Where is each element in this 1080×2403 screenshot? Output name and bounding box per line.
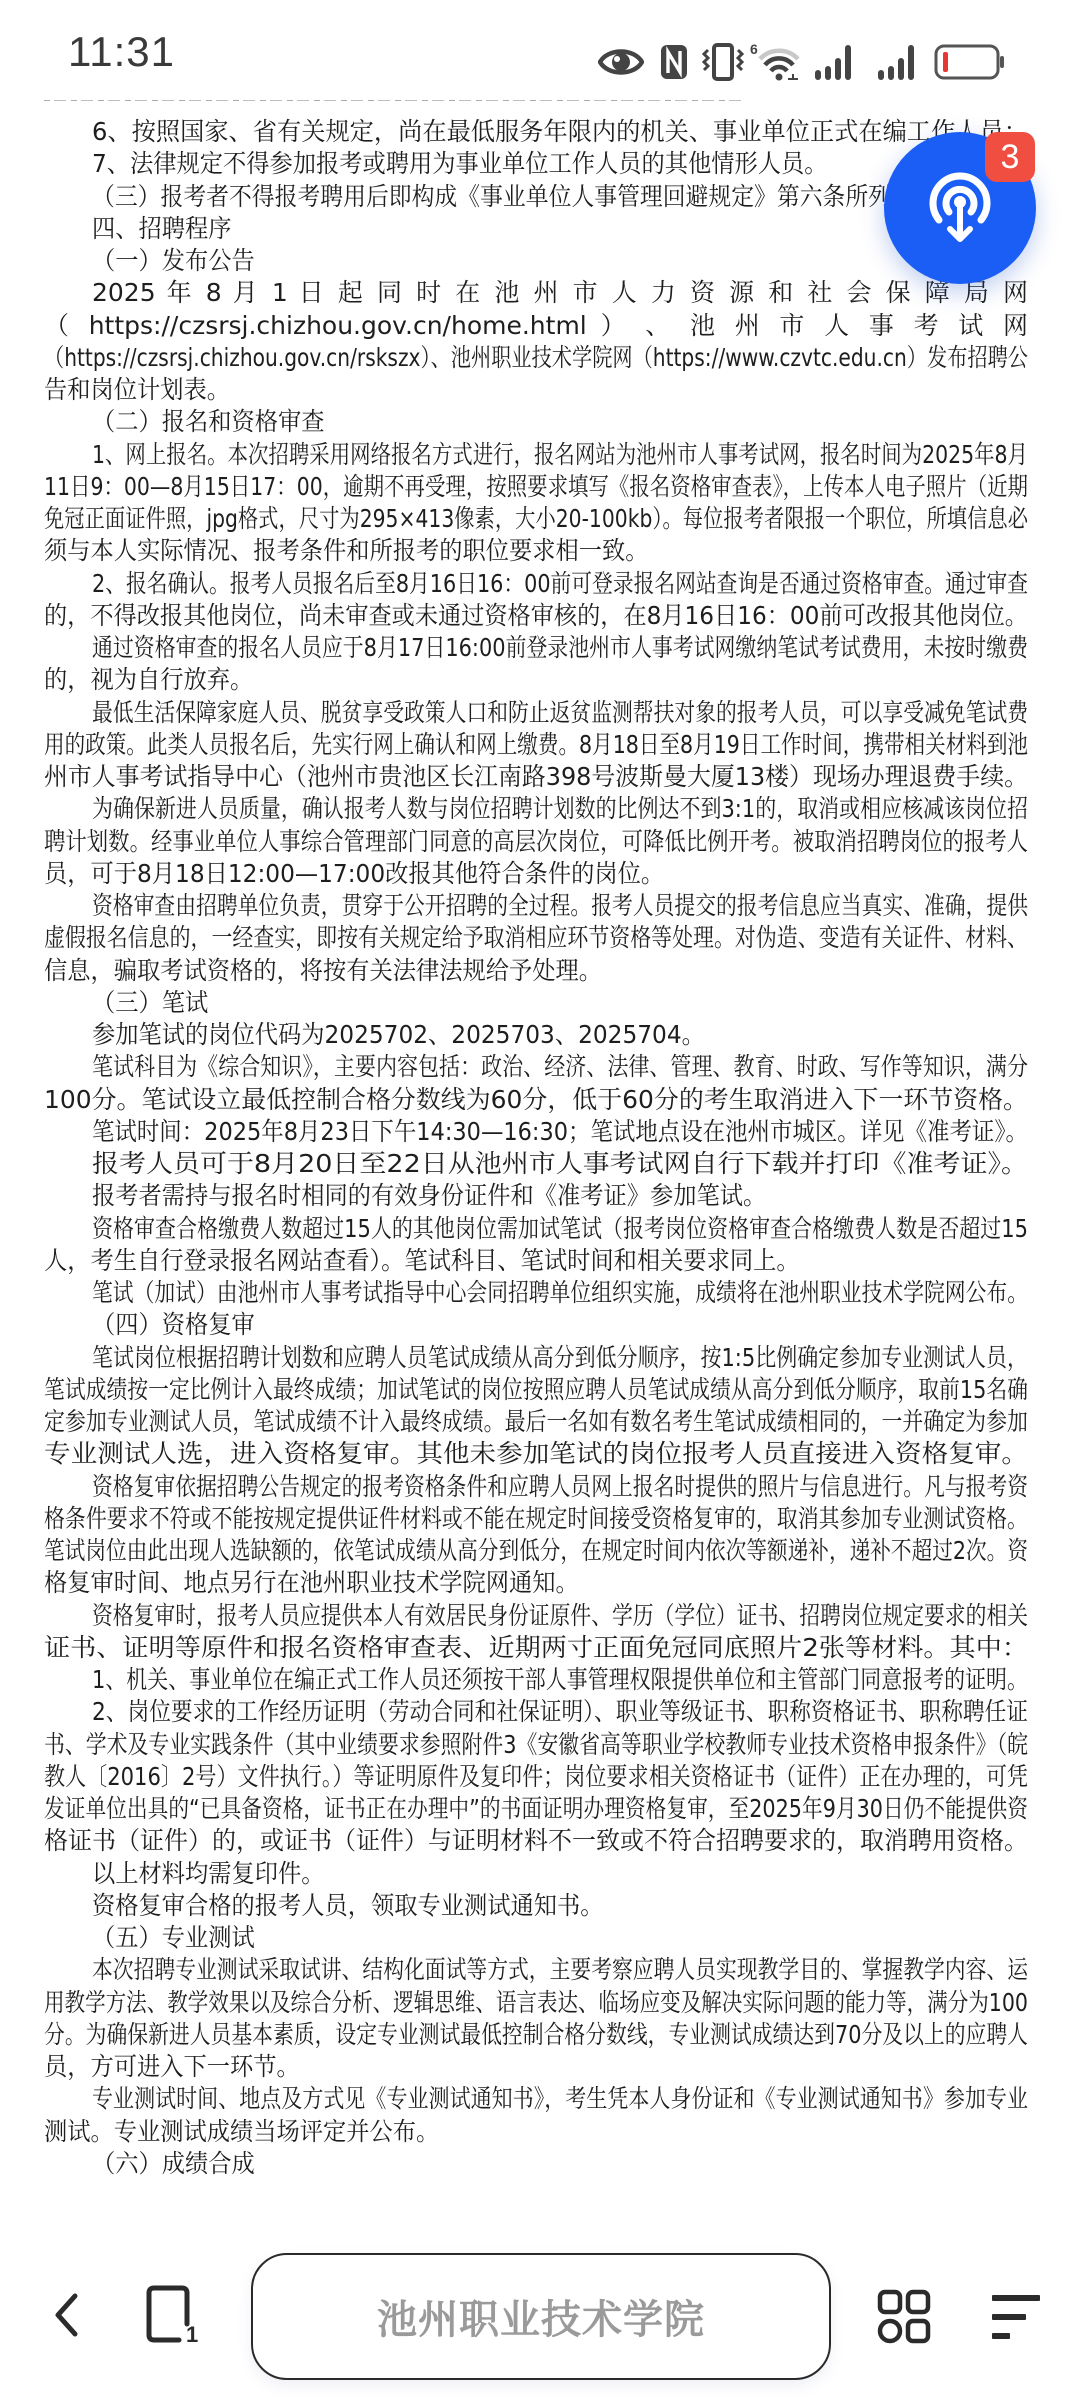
document-line: 参加笔试的岗位代码为2025702、2025703、2025704。 (92, 1019, 1028, 1051)
document-line: 7、法律规定不得参加报考或聘用为事业单位工作人员的其他情形人员。 (92, 148, 1028, 180)
document-line: 测试。专业测试成绩当场评定并公布。 (44, 2116, 1028, 2148)
document-line: 1、机关、事业单位在编正式工作人员还须按干部人事管理权限提供单位和主管部门同意报… (92, 1664, 1028, 1696)
document-line: 员，方可进入下一环节。 (44, 2051, 1028, 2083)
document-line: 格条件要求不符或不能按规定提供证件材料或不能在规定时间接受资格复审的，取消其参加… (44, 1503, 1028, 1535)
document-line: （ https://czsrsj.chizhou.gov.cn/home.htm… (44, 310, 1028, 342)
document-line: 笔试（加试）由池州市人事考试指导中心会同招聘单位组织实施，成绩将在池州职业技术学… (92, 1277, 1028, 1309)
document-line: 笔试岗位根据招聘计划数和应聘人员笔试成绩从高分到低分顺序，按1:5比例确定参加专… (92, 1342, 1028, 1374)
eye-comfort-icon (598, 40, 644, 84)
wifi-6-icon: 6 (750, 40, 802, 84)
document-line: 笔试岗位由此出现人选缺额的，依笔试成绩从高分到低分，在规定时间内依次等额递补，递… (44, 1535, 1028, 1567)
document-line: 资格复审依据招聘公告规定的报考资格条件和应聘人员网上报名时提供的照片与信息进行。… (92, 1471, 1028, 1503)
document-line: 资格审查合格缴费人数超过15人的其他岗位需加试笔试（报考岗位资格审查合格缴费人数… (92, 1213, 1028, 1245)
document-line: （三）笔试 (92, 987, 1028, 1019)
svg-text:6: 6 (750, 41, 758, 57)
document-line: 用的政策。此类人员报名后，先实行网上确认和网上缴费。8月18日至8月19日工作时… (44, 729, 1028, 761)
document-line: 虚假报名信息的，一经查实，即按有关规定给予取消相应环节资格等处理。对伪造、变造有… (44, 922, 1028, 954)
document-line: 资格复审时，报考人员应提供本人有效居民身份证原件、学历（学位）证书、招聘岗位规定… (92, 1600, 1028, 1632)
signal-icon (876, 40, 922, 84)
apps-button[interactable] (874, 2288, 934, 2346)
document-line: 2、报名确认。报考人员报名后至8月16日16：00前可登录报名网站查询是否通过资… (92, 568, 1028, 600)
document-line: 专业测试时间、地点及方式见《专业测试通知书》，考生凭本人身份证和《专业测试通知书… (92, 2083, 1028, 2115)
document-line: 发证单位出具的“已具备资格，证书正在办理中”的书面证明办理资格复审，至2025年… (44, 1793, 1028, 1825)
document-line: （二）报名和资格审查 (92, 406, 1028, 438)
document-line: 报考人员可于8月20日至22日从池州市人事考试网自行下载并打印《准考证》。 (92, 1148, 1028, 1180)
signal-icon (813, 40, 859, 84)
document-line: 专业测试人选，进入资格复审。其他未参加笔试的岗位报考人员直接进入资格复审。 (44, 1438, 1028, 1470)
broadcast-download-icon (923, 168, 997, 248)
document-line: （五）专业测试 (92, 1922, 1028, 1954)
document-line: （四）资格复审 (92, 1309, 1028, 1341)
document-line: 报考者需持与报名时相同的有效身份证件和《准考证》参加笔试。 (92, 1180, 1028, 1212)
document-line: 格证书（证件）的，或证书（证件）与证明材料不一致或不符合招聘要求的，取消聘用资格… (44, 1825, 1028, 1857)
document-line: （https://czsrsj.chizhou.gov.cn/rskszx）、池… (44, 342, 1028, 374)
document-line: 本次招聘专业测试采取试讲、结构化面试等方式，主要考察应聘人员实现教学目的、掌握教… (92, 1954, 1028, 1986)
tabs-button[interactable]: 1 (144, 2284, 208, 2346)
status-time: 11:31 (68, 28, 175, 76)
vibrate-icon (700, 40, 746, 84)
document-line: 的，视为自行放弃。 (44, 664, 1028, 696)
document-line: 以上材料均需复印件。 (92, 1858, 1028, 1890)
document-line: 100分。笔试设立最低控制合格分数线为60分，低于60分的考生取消进入下一环节资… (44, 1084, 1028, 1116)
document-line: 员，可于8月18日12:00—17:00改报其他符合条件的岗位。 (44, 858, 1028, 890)
document-line: 笔试科目为《综合知识》，主要内容包括：政治、经济、法律、管理、教育、时政、写作等… (92, 1051, 1028, 1083)
document-line: （六）成绩合成 (92, 2148, 1028, 2180)
menu-button[interactable] (984, 2290, 1044, 2344)
document-line: 用教学方法、教学效果以及综合分析、逻辑思维、语言表达、临场应变及解决实际问题的能… (44, 1987, 1028, 2019)
battery-low-icon (934, 40, 1006, 84)
document-line: 州市人事考试指导中心（池州市贵池区长江南路398号波斯曼大厦13楼）现场办理退费… (44, 761, 1028, 793)
document-line: 教人〔2016〕2号）文件执行。）等证明原件及复印件；岗位要求相关资格证书（证件… (44, 1761, 1028, 1793)
notification-badge: 3 (985, 132, 1035, 182)
tabs-count: 1 (186, 2322, 198, 2345)
document-line: 聘计划数。经事业单位人事综合管理部门同意的高层次岗位，可降低比例开考。被取消招聘… (44, 826, 1028, 858)
document-line: 6、按照国家、省有关规定，尚在最低服务年限内的机关、事业单位正式在编工作人员； (92, 116, 1028, 148)
document-line: 信息，骗取考试资格的，将按有关法律法规给予处理。 (44, 955, 1028, 987)
document-line: 2025 年 8 月 1 日 起 同 时 在 池 州 市 人 力 资 源 和 社… (92, 277, 1028, 309)
document-line: 资格审查由招聘单位负责，贯穿于公开招聘的全过程。报考人员提交的报考信息应当真实、… (92, 890, 1028, 922)
document-line: 笔试成绩按一定比例计入最终成绩；加试笔试的岗位按照应聘人员笔试成绩从高分到低分顺… (44, 1374, 1028, 1406)
document-line: 证书、证明等原件和报名资格审查表、近期两寸正面免冠同底照片2张等材料。其中： (44, 1632, 1028, 1664)
document-line: （一）发布公告 (92, 245, 1028, 277)
document-line: 分。为确保新进人员基本素质，设定专业测试最低控制合格分数线，专业测试成绩达到70… (44, 2019, 1028, 2051)
document-line: 11日9：00—8月15日17：00，逾期不再受理，按照要求填写《报名资格审查表… (44, 471, 1028, 503)
document-line: 的，不得改报其他岗位，尚未审查或未通过资格审核的，在8月16日16：00前可改报… (44, 600, 1028, 632)
chevron-left-icon (51, 2292, 81, 2338)
document-line: 免冠正面证件照，jpg格式，尺寸为295×413像素，大小20-100kb）。每… (44, 503, 1028, 535)
document-line: 笔试时间：2025年8月23日下午14:30—16:30；笔试地点设在池州市城区… (92, 1116, 1028, 1148)
status-bar: 11:31 6 (0, 0, 1080, 100)
menu-icon (986, 2292, 1042, 2342)
nfc-icon (658, 40, 690, 84)
document-line: 最低生活保障家庭人员、脱贫享受政策人口和防止返贫监测帮扶对象的报考人员，可以享受… (92, 697, 1028, 729)
document-line: 须与本人实际情况、报考条件和所报考的职位要求相一致。 (44, 535, 1028, 567)
document-line: 2、岗位要求的工作经历证明（劳动合同和社保证明）、职业等级证书、职称资格证书、职… (92, 1696, 1028, 1728)
document-line: 通过资格审查的报名人员应于8月17日16:00前登录池州市人事考试网缴纳笔试考试… (92, 632, 1028, 664)
document-line: 为确保新进人员质量，确认报考人数与岗位招聘计划数的比例达不到3:1的，取消或相应… (92, 793, 1028, 825)
document-line: 告和岗位计划表。 (44, 374, 1028, 406)
back-button[interactable] (44, 2290, 88, 2340)
document-line: 资格复审合格的报考人员，领取专业测试通知书。 (92, 1890, 1028, 1922)
document-line: 1、网上报名。本次招聘采用网络报名方式进行，报名网站为池州市人事考试网，报名时间… (92, 439, 1028, 471)
document-line: 书、学术及专业实践条件（其中业绩要求参照附件3《安徽省高等职业学校教师专业技术资… (44, 1729, 1028, 1761)
address-bar[interactable]: 池州职业技术学院 (251, 2253, 831, 2380)
document-line: 格复审时间、地点另行在池州职业技术学院网通知。 (44, 1567, 1028, 1599)
tabs-icon: 1 (145, 2285, 207, 2345)
grid-icon (875, 2288, 933, 2346)
address-text: 池州职业技术学院 (377, 2288, 705, 2345)
document-line: 定参加专业测试人员，笔试成绩不计入最终成绩。最后一名如有数名考生笔试成绩相同的，… (44, 1406, 1028, 1438)
document-content: 6、按照国家、省有关规定，尚在最低服务年限内的机关、事业单位正式在编工作人员；7… (0, 0, 1080, 2240)
document-line: 人，考生自行登录报名网站查看）。笔试科目、笔试时间和相关要求同上。 (44, 1245, 1028, 1277)
